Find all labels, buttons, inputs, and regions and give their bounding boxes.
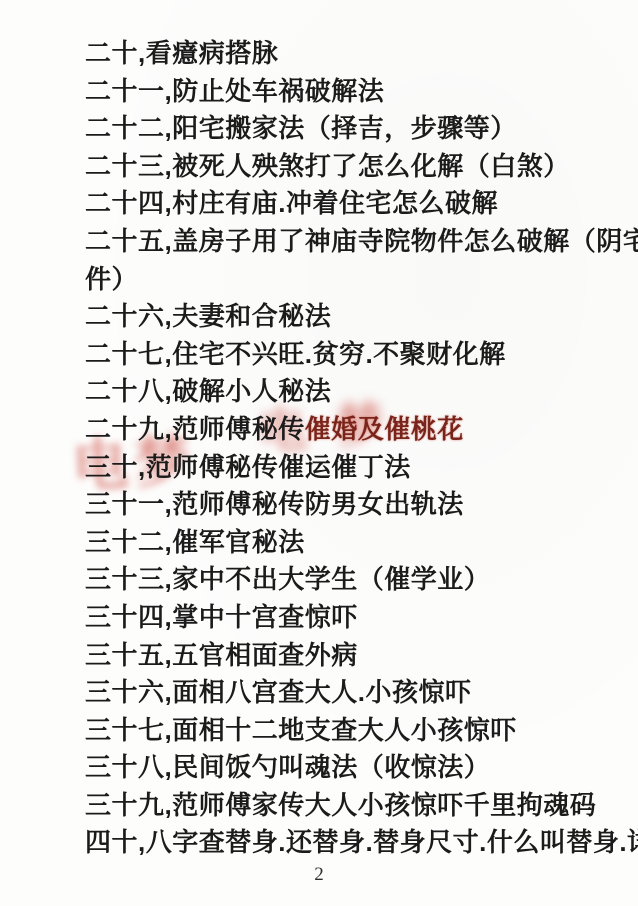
toc-line-20: 二十,看癔病搭脉 — [85, 35, 610, 73]
toc-line-36: 三十六,面相八宫查大人.小孩惊吓 — [85, 674, 610, 712]
toc-line-33: 三十三,家中不出大学生（催学业） — [85, 561, 610, 599]
toc-line-27: 二十七,住宅不兴旺.贫穷.不聚财化解 — [85, 336, 610, 374]
toc-line-37: 三十七,面相十二地支查大人小孩惊吓 — [85, 712, 610, 750]
toc-line-21: 二十一,防止处车祸破解法 — [85, 73, 610, 111]
scanned-document-page: { "doc": { "lines": [ { "text": "二十,看癔病搭… — [0, 0, 638, 906]
toc-line-23: 二十三,被死人殃煞打了怎么化解（白煞） — [85, 148, 610, 186]
toc-line-35: 三十五,五官相面查外病 — [85, 637, 610, 675]
toc-line-34: 三十四,掌中十宫查惊吓 — [85, 599, 610, 637]
toc-line-24: 二十四,村庄有庙.冲着住宅怎么破解 — [85, 185, 610, 223]
table-of-contents: 二十,看癔病搭脉 二十一,防止处车祸破解法 二十二,阳宅搬家法（择吉，步骤等） … — [85, 35, 610, 862]
toc-line-25-wrap: 件） — [85, 261, 610, 299]
toc-line-28: 二十八,破解小人秘法 — [85, 373, 610, 411]
toc-line-26: 二十六,夫妻和合秘法 — [85, 298, 610, 336]
toc-line-38: 三十八,民间饭勺叫魂法（收惊法） — [85, 749, 610, 787]
toc-line-32: 三十二,催军官秘法 — [85, 524, 610, 562]
toc-line-25: 二十五,盖房子用了神庙寺院物件怎么破解（阴宅物 — [85, 223, 610, 261]
toc-line-22: 二十二,阳宅搬家法（择吉，步骤等） — [85, 110, 610, 148]
toc-line-29-stamped-text: 催婚及催桃花 — [305, 414, 464, 444]
toc-line-29: 二十九,范师傅秘传催婚及催桃花 — [85, 411, 610, 449]
page-background: 电梦 电梦 二十,看癔病搭脉 二十一,防止处车祸破解法 二十二,阳宅搬家法（择吉… — [0, 0, 638, 906]
toc-line-29-prefix: 二十九,范师傅秘传 — [85, 414, 305, 444]
page-number: 2 — [0, 864, 638, 886]
toc-line-40: 四十,八字查替身.还替身.替身尺寸.什么叫替身.详 — [85, 824, 610, 862]
toc-line-31: 三十一,范师傅秘传防男女出轨法 — [85, 486, 610, 524]
toc-line-30: 三十,范师傅秘传催运催丁法 — [85, 449, 610, 487]
toc-line-39: 三十九,范师傅家传大人小孩惊吓千里拘魂码 — [85, 787, 610, 825]
